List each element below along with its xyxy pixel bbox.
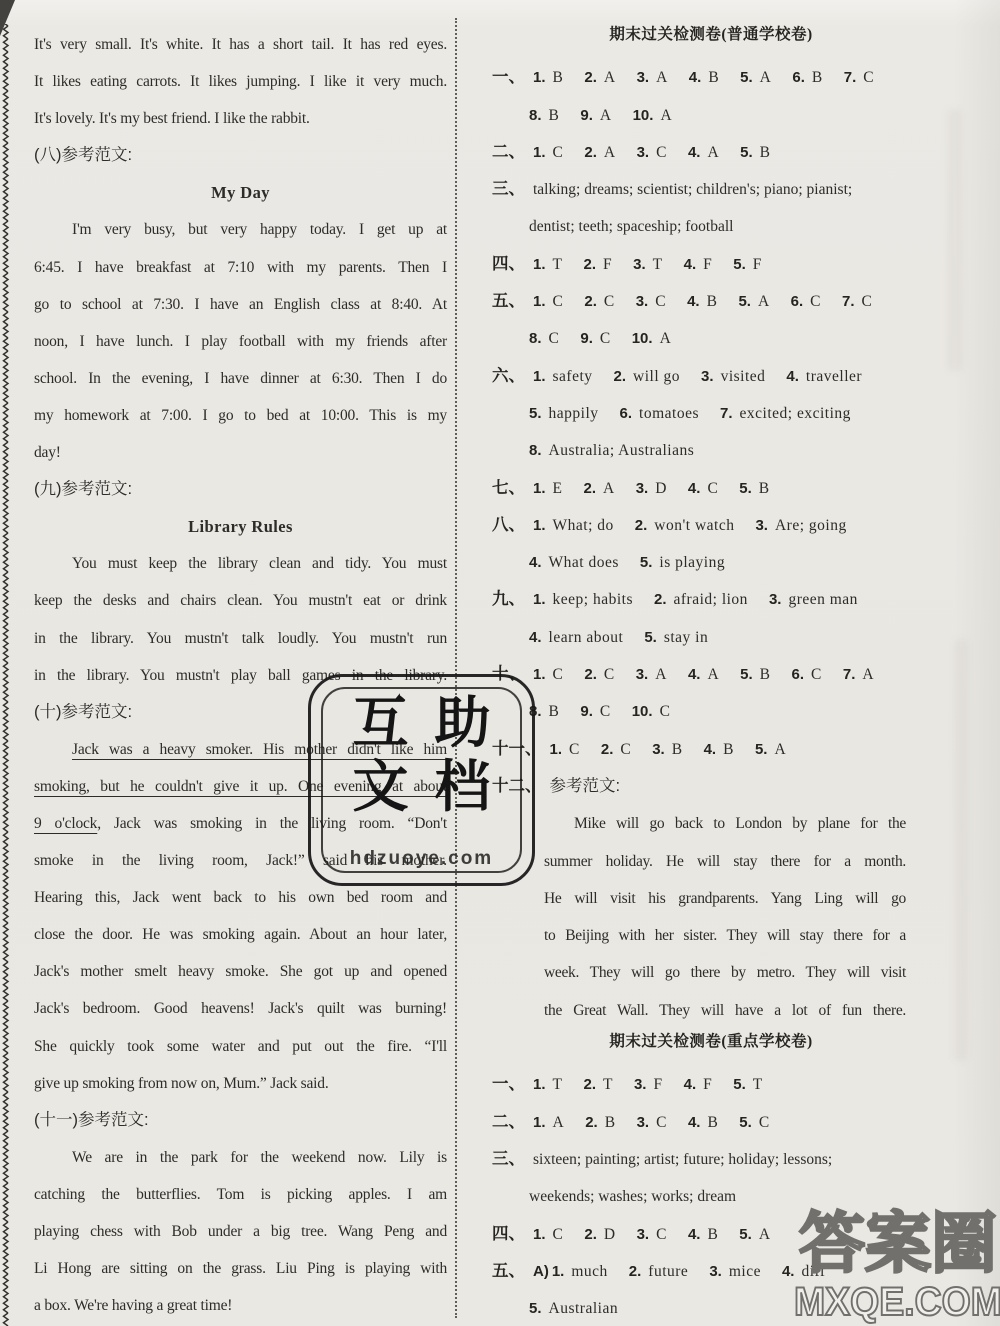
column-divider bbox=[455, 18, 457, 1318]
section-label: (八)参考范文: bbox=[34, 137, 447, 174]
text-line: in the library. You mustn't talk loudly.… bbox=[34, 620, 447, 657]
text-line: Jack's mother smelt heavy smoke. She got… bbox=[34, 953, 447, 990]
answer-row: 8.B9.A10.A bbox=[492, 97, 912, 134]
answer-row: 二、1.A2.B3.C4.B5.C bbox=[492, 1104, 912, 1141]
text-line: my homework at 7:00. I go to bed at 10:0… bbox=[34, 397, 447, 434]
answer-row: 九、1.keep; habits2.afraid; lion3.green ma… bbox=[492, 581, 912, 618]
text-line: noon, I have lunch. I play football with… bbox=[34, 323, 447, 360]
scan-streak bbox=[948, 110, 962, 370]
stamp-site-text: hdzuoye.com bbox=[311, 848, 532, 870]
test-section-title: 期末过关检测卷(普通学校卷) bbox=[510, 22, 912, 59]
essay-line: Mike will go back to London by plane for… bbox=[544, 805, 906, 842]
text-line: give up smoking from now on, Mum.” Jack … bbox=[34, 1065, 447, 1102]
text-line: You must keep the library clean and tidy… bbox=[34, 545, 447, 582]
answer-row: 4.learn about5.stay in bbox=[492, 619, 912, 656]
text-line: close the door. He was smoking again. Ab… bbox=[34, 916, 447, 953]
corner-watermark-site: MXQE.COM bbox=[794, 1280, 1000, 1324]
essay-title: Library Rules bbox=[34, 508, 447, 545]
answer-row: 六、1.safety2.will go3.visited4.traveller bbox=[492, 358, 912, 395]
corner-watermark: 答案圈 MXQE.COM bbox=[786, 1202, 1000, 1326]
scan-streak bbox=[955, 640, 967, 1060]
answer-row: 七、1.E2.A3.D4.C5.B bbox=[492, 470, 912, 507]
answer-row: 五、1.C2.C3.C4.B5.A6.C7.C bbox=[492, 283, 912, 320]
answer-row: 二、1.C2.A3.C4.A5.B bbox=[492, 134, 912, 171]
scanned-answer-page: { "page": { "colors": { "paper": "#eae8e… bbox=[0, 0, 1000, 1326]
right-column: 期末过关检测卷(普通学校卷)一、1.B2.A3.A4.B5.A6.B7.C8.B… bbox=[492, 22, 912, 1326]
stamp-text-line2: 文档 bbox=[311, 759, 532, 815]
text-line: playing chess with Bob under a big tree.… bbox=[34, 1213, 447, 1250]
answer-row: 一、1.B2.A3.A4.B5.A6.B7.C bbox=[492, 59, 912, 96]
text-line: catching the butterflies. Tom is picking… bbox=[34, 1176, 447, 1213]
text-line: day! bbox=[34, 434, 447, 471]
text-line: Jack's bedroom. Good heavens! Jack's qui… bbox=[34, 990, 447, 1027]
stamp-watermark: 互助 文档 hdzuoye.com bbox=[308, 674, 535, 886]
answer-row: 一、1.T2.T3.F4.F5.T bbox=[492, 1066, 912, 1103]
page-binding-edge bbox=[0, 0, 14, 1326]
section-label: (十一)参考范文: bbox=[34, 1102, 447, 1139]
text-line: a box. We're having a great time! bbox=[34, 1287, 447, 1324]
corner-watermark-brand: 答案圈 bbox=[799, 1206, 997, 1280]
answer-row: 四、1.T2.F3.T4.F5.F bbox=[492, 246, 912, 283]
text-line: Li Hong are sitting on the grass. Liu Pi… bbox=[34, 1250, 447, 1287]
essay-title: My Day bbox=[34, 174, 447, 211]
answer-row: 4.What does5.is playing bbox=[492, 544, 912, 581]
essay-line: the Great Wall. They will have a lot of … bbox=[544, 992, 906, 1029]
answer-row: 5.happily6.tomatoes7.excited; exciting bbox=[492, 395, 912, 432]
text-line: We are in the park for the weekend now. … bbox=[34, 1139, 447, 1176]
answer-row: 十一、1.C2.C3.B4.B5.A bbox=[492, 731, 912, 768]
text-line: It's very small. It's white. It has a sh… bbox=[34, 26, 447, 63]
text-line: I'm very busy, but very happy today. I g… bbox=[34, 211, 447, 248]
text-line: It's lovely. It's my best friend. I like… bbox=[34, 100, 447, 137]
text-line: She quickly took some water and put out … bbox=[34, 1028, 447, 1065]
answer-row: dentist; teeth; spaceship; football bbox=[492, 208, 912, 245]
stamp-text-line1: 互助 bbox=[311, 695, 532, 751]
text-line: school. In the evening, I have dinner at… bbox=[34, 360, 447, 397]
text-line: It likes eating carrots. It likes jumpin… bbox=[34, 63, 447, 100]
answer-row: 8.Australia; Australians bbox=[492, 432, 912, 469]
test-section-title: 期末过关检测卷(重点学校卷) bbox=[510, 1029, 912, 1066]
essay-line: summer holiday. He will stay there for a… bbox=[544, 843, 906, 880]
text-line: go to school at 7:30. I have an English … bbox=[34, 286, 447, 323]
answer-row: 十二、参考范文: bbox=[492, 768, 912, 805]
essay-line: to Beijing with her sister. They will st… bbox=[544, 917, 906, 954]
answer-row: 8.B9.C10.C bbox=[492, 693, 912, 730]
answer-row: 三、sixteen; painting; artist; future; hol… bbox=[492, 1141, 912, 1178]
answer-row: 十、1.C2.C3.A4.A5.B6.C7.A bbox=[492, 656, 912, 693]
essay-line: week. They will go there by metro. They … bbox=[544, 954, 906, 991]
text-line: keep the desks and chairs clean. You mus… bbox=[34, 582, 447, 619]
text-line: 6:45. I have breakfast at 7:10 with my p… bbox=[34, 249, 447, 286]
section-label: (九)参考范文: bbox=[34, 471, 447, 508]
essay-line: He will visit his grandparents. Yang Lin… bbox=[544, 880, 906, 917]
answer-row: 三、talking; dreams; scientist; children's… bbox=[492, 171, 912, 208]
answer-row: 八、1.What; do2.won't watch3.Are; going bbox=[492, 507, 912, 544]
answer-row: 8.C9.C10.A bbox=[492, 320, 912, 357]
